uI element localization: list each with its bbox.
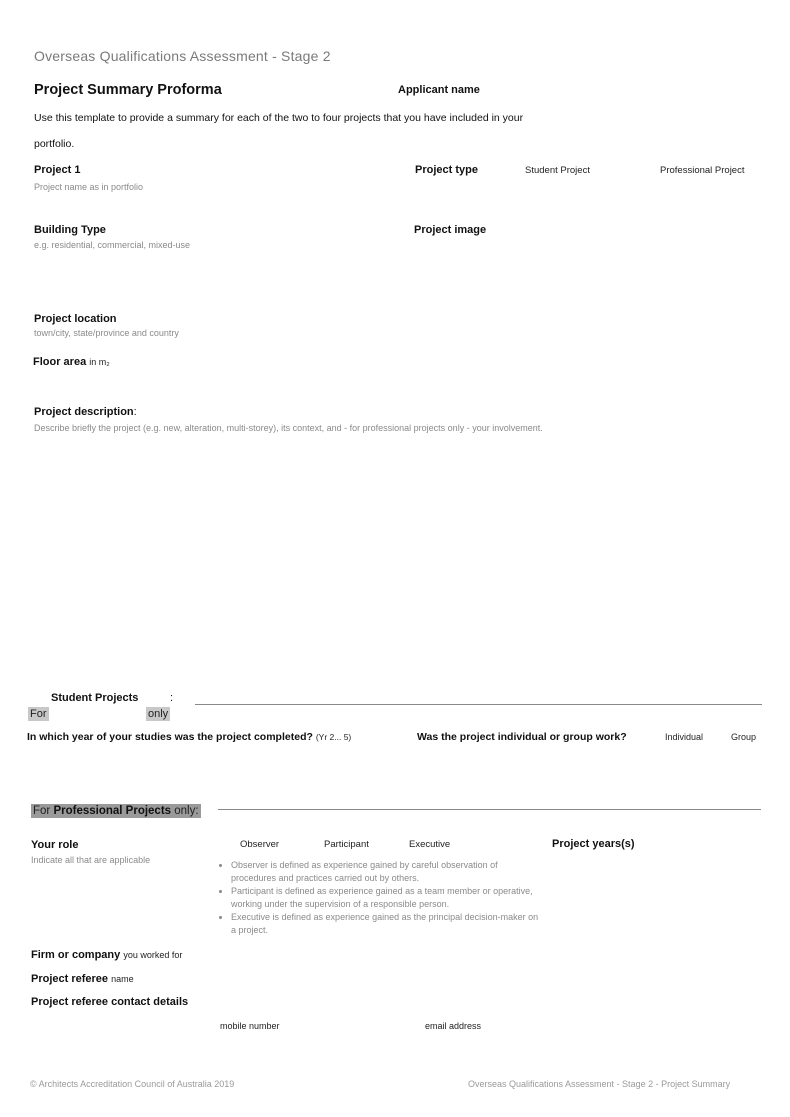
- study-year-question: In which year of your studies was the pr…: [27, 731, 351, 743]
- work-type-question: Was the project individual or group work…: [417, 731, 627, 743]
- project-name-hint[interactable]: Project name as in portfolio: [34, 182, 143, 192]
- project-type-label: Project type: [415, 164, 478, 176]
- work-type-option-group[interactable]: Group: [731, 732, 756, 742]
- student-projects-colon: :: [170, 692, 173, 704]
- professional-projects-label: Professional Projects: [53, 805, 171, 817]
- role-option-executive[interactable]: Executive: [409, 839, 450, 850]
- professional-section-heading: For Professional Projects only:: [31, 804, 201, 818]
- floor-area-label: Floor area in m₂: [33, 356, 110, 368]
- floor-area-unit: in m₂: [89, 357, 110, 367]
- mobile-number-field[interactable]: [220, 1035, 400, 1053]
- referee-label: Project referee name: [31, 973, 134, 985]
- referee-contact-label: Project referee contact details: [31, 996, 188, 1008]
- project-description-hint[interactable]: Describe briefly the project (e.g. new, …: [34, 423, 543, 433]
- project-name-label: Project 1: [34, 164, 80, 176]
- project-type-option-student[interactable]: Student Project: [525, 165, 590, 176]
- work-type-option-individual[interactable]: Individual: [665, 732, 703, 742]
- professional-only-label: only:: [174, 805, 198, 817]
- applicant-name-field[interactable]: [480, 80, 760, 98]
- student-only-label: only: [146, 707, 170, 721]
- project-years-label: Project years(s): [552, 838, 635, 850]
- professional-for-label: For: [33, 805, 50, 817]
- student-section-divider: [195, 704, 762, 705]
- email-address-field[interactable]: [425, 1035, 725, 1053]
- role-definitions-list: Observer is defined as experience gained…: [216, 859, 541, 937]
- study-year-hint: (Yr 2... 5): [316, 732, 351, 742]
- form-title: Project Summary Proforma: [34, 82, 222, 98]
- project-years-field[interactable]: [552, 855, 760, 875]
- mobile-number-label: mobile number: [220, 1021, 280, 1031]
- student-projects-heading: Student Projects: [51, 692, 138, 704]
- study-year-question-text: In which year of your studies was the pr…: [27, 731, 313, 743]
- project-description-label: Project description:: [34, 406, 137, 418]
- role-definition-executive: Executive is defined as experience gaine…: [231, 911, 541, 937]
- building-type-label: Building Type: [34, 224, 106, 236]
- project-image-placeholder[interactable]: [414, 242, 760, 392]
- building-type-hint[interactable]: e.g. residential, commercial, mixed-use: [34, 240, 190, 250]
- document-header-title: Overseas Qualifications Assessment - Sta…: [34, 48, 331, 64]
- referee-label-text: Project referee: [31, 973, 108, 985]
- role-option-participant[interactable]: Participant: [324, 839, 369, 850]
- applicant-name-label: Applicant name: [398, 84, 480, 96]
- professional-section-divider: [218, 809, 761, 810]
- role-definition-participant: Participant is defined as experience gai…: [231, 885, 541, 911]
- project-location-hint[interactable]: town/city, state/province and country: [34, 328, 179, 338]
- referee-hint: name: [111, 974, 134, 984]
- floor-area-label-text: Floor area: [33, 356, 86, 368]
- referee-name-field[interactable]: [150, 969, 760, 987]
- firm-label: Firm or company you worked for: [31, 949, 182, 961]
- your-role-hint: Indicate all that are applicable: [31, 855, 150, 865]
- project-location-label: Project location: [34, 313, 117, 325]
- email-address-label: email address: [425, 1021, 481, 1031]
- your-role-label: Your role: [31, 839, 78, 851]
- role-definition-observer: Observer is defined as experience gained…: [231, 859, 541, 885]
- firm-hint: you worked for: [123, 950, 182, 960]
- footer-document-title: Overseas Qualifications Assessment - Sta…: [468, 1079, 730, 1089]
- project-description-field[interactable]: [34, 440, 760, 680]
- floor-area-field[interactable]: [120, 352, 320, 370]
- project-description-colon: :: [134, 406, 137, 418]
- role-option-observer[interactable]: Observer: [240, 839, 279, 850]
- project-image-label: Project image: [414, 224, 486, 236]
- project-type-option-professional[interactable]: Professional Project: [660, 165, 744, 176]
- project-description-label-text: Project description: [34, 406, 134, 418]
- intro-text-line2: portfolio.: [34, 138, 74, 150]
- firm-label-text: Firm or company: [31, 949, 120, 961]
- footer-copyright: © Architects Accreditation Council of Au…: [30, 1079, 234, 1089]
- intro-text-line1: Use this template to provide a summary f…: [34, 112, 523, 124]
- student-for-label: For: [28, 707, 49, 721]
- firm-field[interactable]: [200, 945, 760, 963]
